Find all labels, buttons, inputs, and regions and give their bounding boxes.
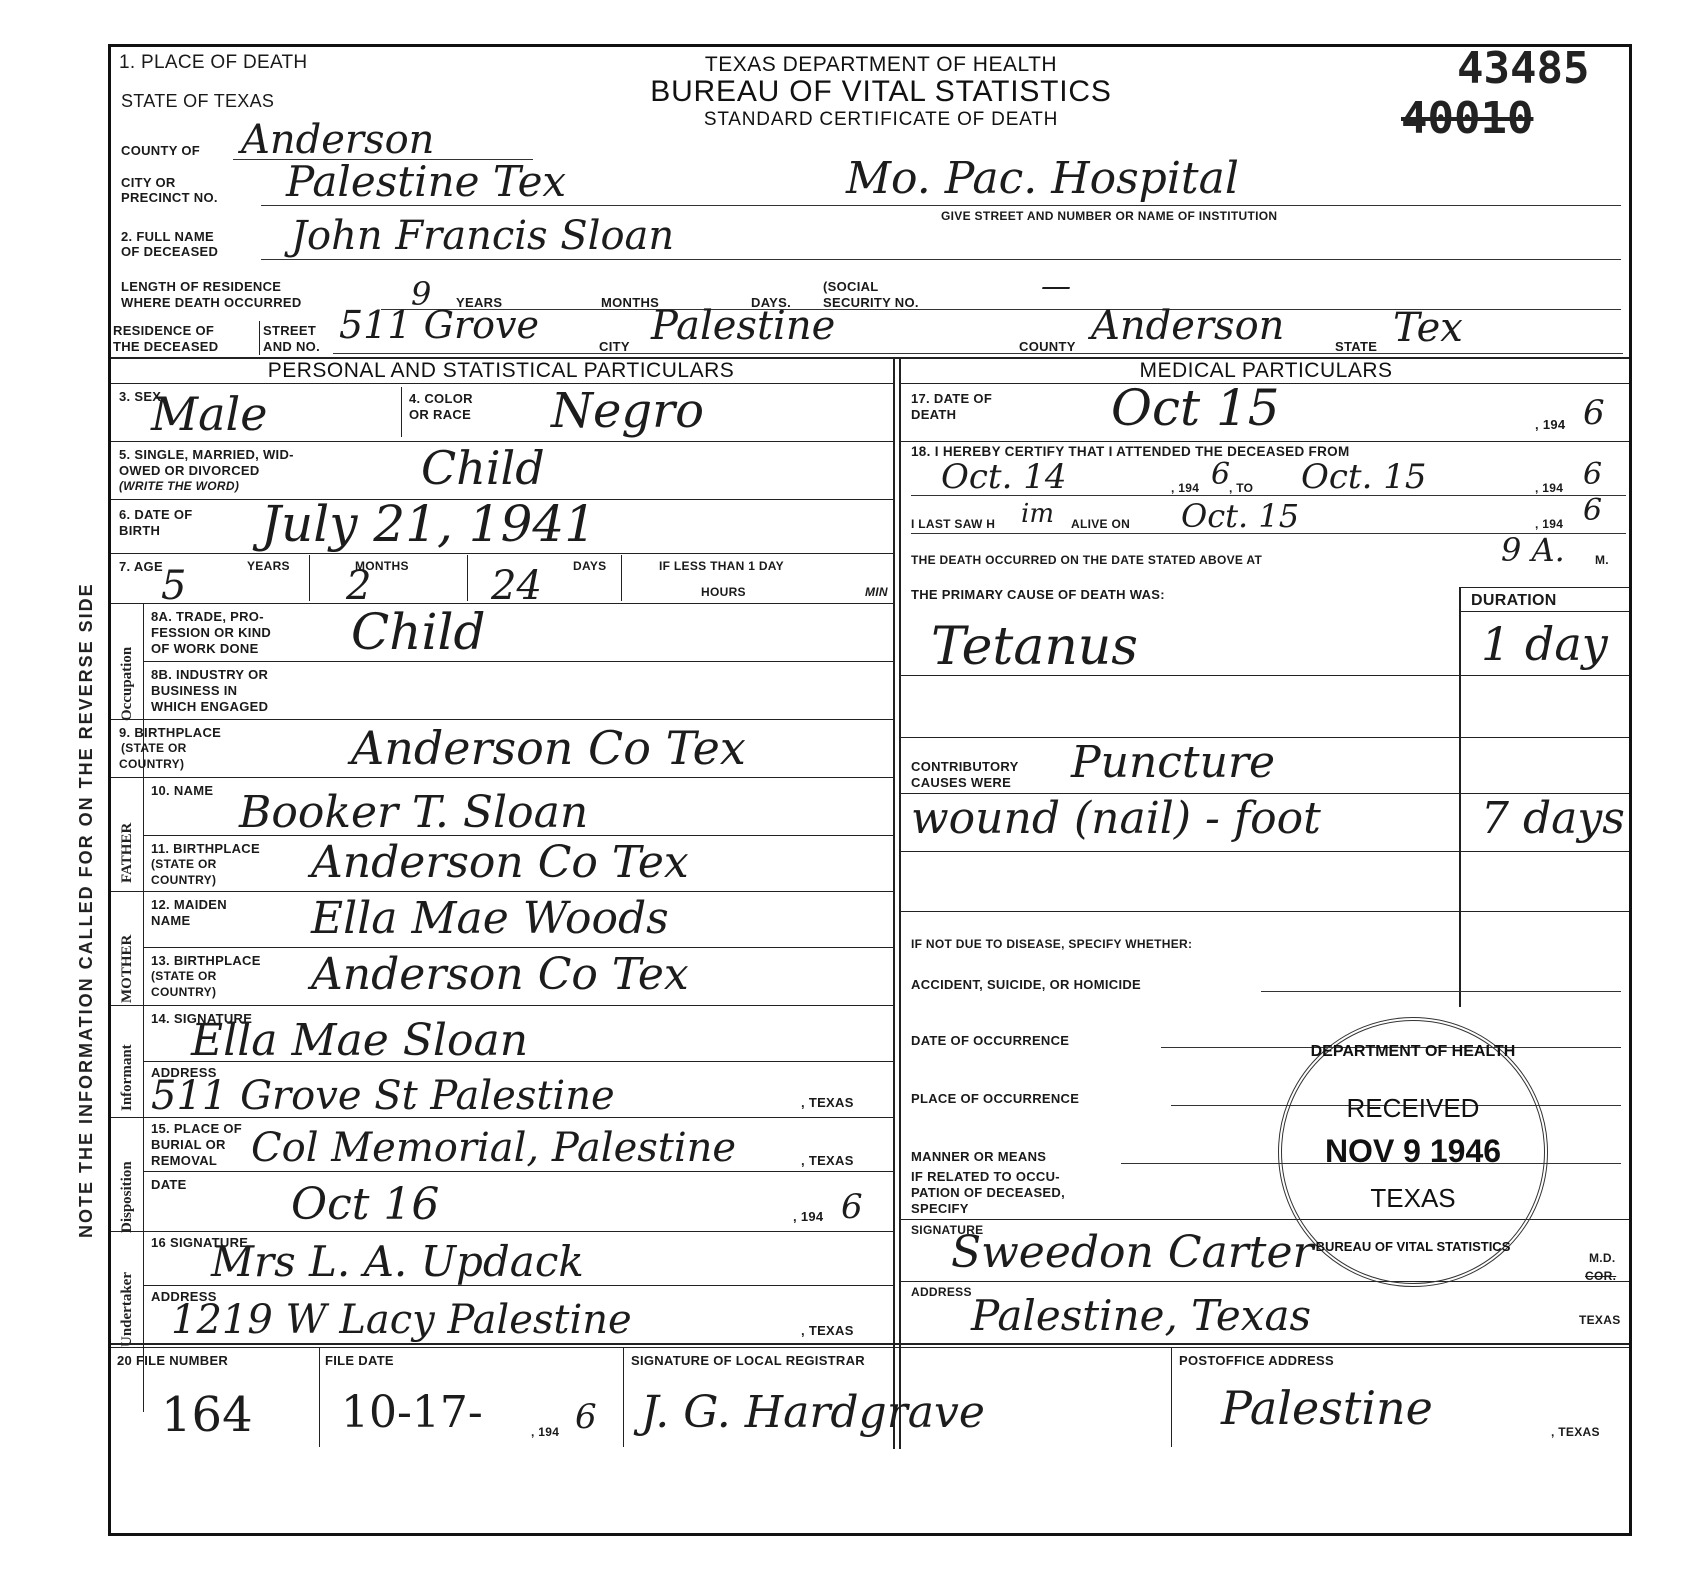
ssn-label-1: (SOCIAL <box>823 279 879 294</box>
state-file-number: 43485 <box>1457 43 1589 94</box>
res-city-value[interactable]: Palestine <box>651 303 835 349</box>
mother-name-value[interactable]: Ella Mae Woods <box>311 893 669 944</box>
occupation-related-3: SPECIFY <box>911 1201 969 1216</box>
residence-label-1: RESIDENCE OF <box>113 323 214 338</box>
county-label: COUNTY OF <box>121 143 200 158</box>
trade-label-2: FESSION OR KIND <box>151 625 271 640</box>
street-label-2: AND NO. <box>263 339 320 354</box>
dod-year-value[interactable]: 6 <box>1583 393 1605 433</box>
mother-section-label: MOTHER <box>119 935 136 1003</box>
marital-label-3: (WRITE THE WORD) <box>119 479 239 493</box>
res-state-label: STATE <box>1335 339 1377 354</box>
institution-hint: GIVE STREET AND NUMBER OR NAME OF INSTIT… <box>941 209 1277 223</box>
physician-address-label: ADDRESS <box>911 1285 972 1299</box>
birthplace-label-1: 9. BIRTHPLACE <box>119 725 221 740</box>
stamp-top-arc: DEPARTMENT OF HEALTH <box>1282 1043 1544 1061</box>
race-label-2: OR RACE <box>409 407 471 422</box>
street-label-1: STREET <box>263 323 316 338</box>
last-saw-year[interactable]: 6 <box>1583 493 1602 528</box>
age-label: 7. AGE <box>119 559 163 574</box>
city-label-1: CITY OR <box>121 175 176 190</box>
age-days-label: DAYS <box>573 559 606 573</box>
dod-label-2: DEATH <box>911 407 956 422</box>
race-value[interactable]: Negro <box>551 383 704 439</box>
postoffice-state-label: , TEXAS <box>1551 1425 1600 1439</box>
physician-address-value[interactable]: Palestine, Texas <box>971 1291 1311 1340</box>
industry-label-2: BUSINESS IN <box>151 683 237 698</box>
burial-date-label: DATE <box>151 1177 187 1192</box>
attended-from-year-prefix: , 194 <box>1171 481 1199 495</box>
marital-label-2: OWED OR DIVORCED <box>119 463 260 478</box>
father-name-value[interactable]: Booker T. Sloan <box>239 787 588 838</box>
physician-state-label: TEXAS <box>1579 1313 1621 1327</box>
duration-label: DURATION <box>1471 593 1557 608</box>
dob-label-2: BIRTH <box>119 523 160 538</box>
less-than-day-label: IF LESS THAN 1 DAY <box>659 559 784 573</box>
mother-birthplace-label-1: 13. BIRTHPLACE <box>151 953 261 968</box>
disposition-section-label: Disposition <box>119 1161 136 1233</box>
min-label: MIN <box>865 585 888 599</box>
undertaker-address-value[interactable]: 1219 W Lacy Palestine <box>171 1297 632 1343</box>
city-label-2: PRECINCT NO. <box>121 190 218 205</box>
attended-from-year[interactable]: 6 <box>1211 457 1230 492</box>
mother-birthplace-label-3: COUNTRY) <box>151 985 216 999</box>
accident-label: ACCIDENT, SUICIDE, OR HOMICIDE <box>911 977 1141 992</box>
mother-birthplace-label-2: (STATE OR <box>151 969 217 983</box>
full-name-label-2: OF DECEASED <box>121 244 218 259</box>
attended-to-value[interactable]: Oct. 15 <box>1301 457 1426 497</box>
agency-title: TEXAS DEPARTMENT OF HEALTH <box>651 53 1111 77</box>
file-date-value[interactable]: 10-17- <box>341 1387 483 1438</box>
attended-to-year[interactable]: 6 <box>1583 457 1602 492</box>
father-birthplace-label-1: 11. BIRTHPLACE <box>151 841 260 856</box>
marital-label-1: 5. SINGLE, MARRIED, WID- <box>119 447 294 462</box>
industry-label-3: WHICH ENGAGED <box>151 699 268 714</box>
occurred-at-label: THE DEATH OCCURRED ON THE DATE STATED AB… <box>911 553 1262 567</box>
physician-signature-value[interactable]: Sweedon Carter <box>951 1227 1314 1278</box>
burial-label-2: BURIAL OR <box>151 1137 226 1152</box>
mother-birthplace-value[interactable]: Anderson Co Tex <box>311 949 689 1000</box>
res-county-label: COUNTY <box>1019 339 1076 354</box>
death-certificate: 1. PLACE OF DEATH STATE OF TEXAS TEXAS D… <box>108 44 1632 1536</box>
file-number-value[interactable]: 164 <box>161 1387 253 1443</box>
attended-to-year-prefix: , 194 <box>1535 481 1563 495</box>
informant-state-label: , TEXAS <box>801 1095 854 1110</box>
res-county-value[interactable]: Anderson <box>1091 303 1284 349</box>
age-years-label: YEARS <box>247 559 290 573</box>
occurrence-date-label: DATE OF OCCURRENCE <box>911 1033 1069 1048</box>
hours-label: HOURS <box>701 585 746 599</box>
occupation-related-2: PATION OF DECEASED, <box>911 1185 1065 1200</box>
stamp-received: RECEIVED <box>1282 1093 1544 1124</box>
m-suffix: M. <box>1595 553 1609 567</box>
trade-value[interactable]: Child <box>351 603 485 661</box>
burial-label-3: REMOVAL <box>151 1153 217 1168</box>
contributory-label-2: CAUSES WERE <box>911 775 1011 790</box>
alive-on-label: ALIVE ON <box>1071 517 1130 531</box>
mother-name-label-2: NAME <box>151 913 190 928</box>
burial-label-1: 15. PLACE OF <box>151 1121 242 1136</box>
undertaker-state-label: , TEXAS <box>801 1323 854 1338</box>
certificate-title: STANDARD CERTIFICATE OF DEATH <box>611 109 1151 131</box>
contributory-label-1: CONTRIBUTORY <box>911 759 1019 774</box>
received-stamp: DEPARTMENT OF HEALTH RECEIVED NOV 9 1946… <box>1278 1017 1548 1287</box>
full-name-value[interactable]: John Francis Sloan <box>291 213 674 259</box>
residence-length-label-1: LENGTH OF RESIDENCE <box>121 279 281 294</box>
street-value[interactable]: 511 Grove <box>339 303 539 347</box>
sex-value[interactable]: Male <box>151 387 267 441</box>
to-label: , TO <box>1229 481 1253 495</box>
mother-name-label-1: 12. MAIDEN <box>151 897 227 912</box>
industry-label-1: 8B. INDUSTRY OR <box>151 667 268 682</box>
place-of-death-label: 1. PLACE OF DEATH <box>119 55 307 71</box>
last-saw-pronoun[interactable]: im <box>1021 499 1054 529</box>
manner-label: MANNER OR MEANS <box>911 1149 1046 1164</box>
postoffice-value[interactable]: Palestine <box>1221 1381 1433 1435</box>
institution-value[interactable]: Mo. Pac. Hospital <box>846 153 1239 204</box>
contributory-value-1[interactable]: Puncture <box>1071 737 1275 788</box>
postoffice-label: POSTOFFICE ADDRESS <box>1179 1353 1334 1368</box>
burial-state-label: , TEXAS <box>801 1153 854 1168</box>
last-saw-year-prefix: , 194 <box>1535 517 1563 531</box>
file-year-prefix: , 194 <box>531 1425 559 1439</box>
informant-address-value[interactable]: 511 Grove St Palestine <box>151 1073 615 1119</box>
burial-year-prefix: , 194 <box>793 1209 823 1224</box>
dod-year-prefix: , 194 <box>1535 417 1565 432</box>
undertaker-section-label: Undertaker <box>119 1272 136 1347</box>
ssn-label-2: SECURITY NO. <box>823 295 919 310</box>
md-label: M.D. <box>1589 1251 1616 1265</box>
race-label-1: 4. COLOR <box>409 391 473 406</box>
informant-signature-value[interactable]: Ella Mae Sloan <box>191 1015 528 1066</box>
primary-cause-value[interactable]: Tetanus <box>931 617 1138 677</box>
dob-label-1: 6. DATE OF <box>119 507 193 522</box>
father-name-label: 10. NAME <box>151 783 213 798</box>
primary-cause-label: THE PRIMARY CAUSE OF DEATH WAS: <box>911 587 1165 602</box>
state-label: STATE OF TEXAS <box>121 93 274 109</box>
registrar-label: SIGNATURE OF LOCAL REGISTRAR <box>631 1353 865 1368</box>
birthplace-label-2: (STATE OR <box>121 741 187 755</box>
occurred-at-value[interactable]: 9 A. <box>1501 531 1565 569</box>
father-birthplace-label-3: COUNTRY) <box>151 873 216 887</box>
attended-from-value[interactable]: Oct. 14 <box>941 457 1066 497</box>
occurrence-place-label: PLACE OF OCCURRENCE <box>911 1091 1079 1106</box>
burial-date-value[interactable]: Oct 16 <box>291 1179 439 1230</box>
burial-year-value[interactable]: 6 <box>841 1187 863 1227</box>
contributory-value-2[interactable]: wound (nail) - foot <box>911 793 1321 844</box>
old-file-number: 40010 <box>1401 93 1533 144</box>
file-date-label: FILE DATE <box>325 1353 394 1368</box>
city-value[interactable]: Palestine Tex <box>286 157 566 206</box>
bureau-title: BUREAU OF VITAL STATISTICS <box>581 75 1181 109</box>
contributory-duration-value[interactable]: 7 days <box>1481 793 1625 844</box>
occupation-section-label: Occupation <box>119 647 136 721</box>
trade-label-3: OF WORK DONE <box>151 641 259 656</box>
last-saw-date-value[interactable]: Oct. 15 <box>1181 497 1299 535</box>
father-section-label: FATHER <box>119 823 136 883</box>
father-birthplace-label-2: (STATE OR <box>151 857 217 871</box>
res-state-value[interactable]: Tex <box>1393 305 1463 351</box>
residence-length-label-2: WHERE DEATH OCCURRED <box>121 295 302 310</box>
not-disease-label: IF NOT DUE TO DISEASE, SPECIFY WHETHER: <box>911 937 1192 951</box>
residence-label-2: THE DECEASED <box>113 339 218 354</box>
dob-value[interactable]: July 21, 1941 <box>261 495 596 553</box>
full-name-label-1: 2. FULL NAME <box>121 229 214 244</box>
father-birthplace-value[interactable]: Anderson Co Tex <box>311 837 689 888</box>
primary-duration-value[interactable]: 1 day <box>1481 617 1608 671</box>
birthplace-label-3: COUNTRY) <box>119 757 184 771</box>
burial-place-value[interactable]: Col Memorial, Palestine <box>251 1125 736 1171</box>
ssn-value[interactable]: — <box>1041 269 1071 304</box>
undertaker-signature-value[interactable]: Mrs L. A. Updack <box>211 1237 584 1286</box>
marital-value[interactable]: Child <box>421 441 545 495</box>
dod-label-1: 17. DATE OF <box>911 391 992 406</box>
file-number-label: 20 FILE NUMBER <box>117 1353 228 1368</box>
stamp-state: TEXAS <box>1282 1183 1544 1214</box>
res-city-label: CITY <box>599 339 630 354</box>
personal-section-title: PERSONAL AND STATISTICAL PARTICULARS <box>111 359 891 383</box>
informant-section-label: Informant <box>119 1044 136 1111</box>
dod-value[interactable]: Oct 15 <box>1111 379 1280 437</box>
stamp-bottom-arc: BUREAU OF VITAL STATISTICS <box>1282 1239 1544 1254</box>
stamp-date: NOV 9 1946 <box>1282 1133 1544 1170</box>
last-saw-label: I LAST SAW H <box>911 517 995 531</box>
registrar-signature-value[interactable]: J. G. Hardgrave <box>641 1387 985 1438</box>
file-year-value[interactable]: 6 <box>575 1397 597 1437</box>
occupation-related-1: IF RELATED TO OCCU- <box>911 1169 1060 1184</box>
side-note-reverse: NOTE THE INFORMATION CALLED FOR ON THE R… <box>76 582 97 1238</box>
birthplace-value[interactable]: Anderson Co Tex <box>351 721 746 775</box>
trade-label-1: 8A. TRADE, PRO- <box>151 609 264 624</box>
